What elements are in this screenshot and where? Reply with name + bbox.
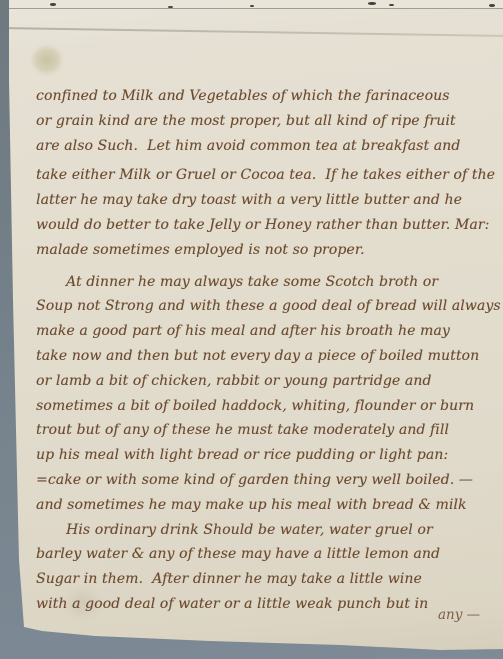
paper-speck	[368, 2, 376, 5]
manuscript-line: barley water & any of these may have a l…	[36, 542, 492, 567]
manuscript-line: At dinner he may always take some Scotch…	[36, 270, 492, 295]
manuscript-line: take either Milk or Gruel or Cocoa tea. …	[36, 163, 492, 188]
manuscript-text: confined to Milk and Vegetables of which…	[36, 84, 492, 617]
manuscript-line: or grain kind are the most proper, but a…	[36, 109, 492, 134]
manuscript-line: or lamb a bit of chicken, rabbit or youn…	[36, 369, 492, 394]
manuscript-line: His ordinary drink Should be water, wate…	[36, 518, 492, 543]
manuscript-line: and sometimes he may make up his meal wi…	[36, 493, 492, 518]
paragraph: His ordinary drink Should be water, wate…	[36, 518, 492, 617]
manuscript-line: trout but of any of these he must take m…	[36, 418, 492, 443]
manuscript-line: Soup not Strong and with these a good de…	[36, 294, 492, 319]
manuscript-line: would do better to take Jelly or Honey r…	[36, 213, 492, 238]
manuscript-line: =cake or with some kind of garden thing …	[36, 468, 492, 493]
manuscript-line: malade sometimes employed is not so prop…	[36, 238, 492, 263]
paper-speck	[50, 3, 56, 6]
paper-speck	[389, 4, 394, 6]
manuscript-line: take now and then but not every day a pi…	[36, 344, 492, 369]
paper-stain	[26, 40, 68, 80]
manuscript-line: confined to Milk and Vegetables of which…	[36, 84, 492, 109]
fold-crease-secondary	[0, 27, 503, 37]
paragraph: At dinner he may always take some Scotch…	[36, 270, 492, 518]
manuscript-line: up his meal with light bread or rice pud…	[36, 443, 492, 468]
manuscript-line: sometimes a bit of boiled haddock, whiti…	[36, 394, 492, 419]
manuscript-line: with a good deal of water or a little we…	[36, 592, 492, 617]
manuscript-line: are also Such. Let him avoid common tea …	[36, 134, 492, 159]
scan-background: confined to Milk and Vegetables of which…	[0, 0, 503, 659]
paragraph: take either Milk or Gruel or Cocoa tea. …	[36, 163, 492, 262]
paper-speck	[489, 4, 495, 7]
paper-speck	[168, 6, 173, 8]
manuscript-line: latter he may take dry toast with a very…	[36, 188, 492, 213]
manuscript-paper: confined to Milk and Vegetables of which…	[0, 0, 503, 659]
catchword: any —	[438, 606, 480, 624]
paper-speck	[250, 5, 254, 7]
manuscript-line: make a good part of his meal and after h…	[36, 319, 492, 344]
paragraph: confined to Milk and Vegetables of which…	[36, 84, 492, 158]
manuscript-line: Sugar in them. After dinner he may take …	[36, 567, 492, 592]
